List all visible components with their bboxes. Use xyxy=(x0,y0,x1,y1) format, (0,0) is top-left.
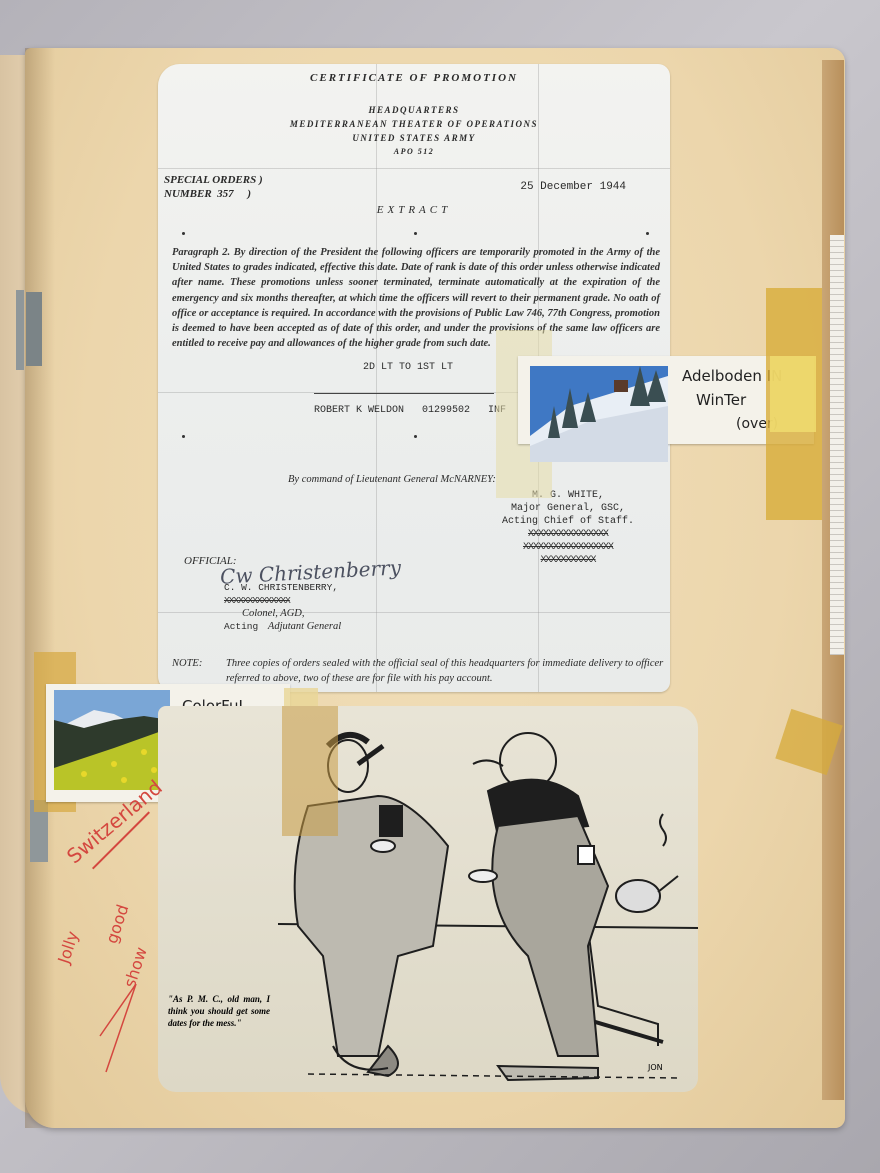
note-text: Three copies of orders sealed with the o… xyxy=(226,656,664,686)
struck-line: XXXXXXXXXXX xyxy=(488,554,648,567)
photo-winter-chalet xyxy=(530,366,668,462)
cartoon-caption: "As P. M. C., old man, I think you shoul… xyxy=(168,993,270,1029)
red-pencil-stroke xyxy=(96,976,146,1076)
official-rank: Colonel, AGD, xyxy=(242,607,341,620)
header-line: MEDITERRANEAN THEATER OF OPERATIONS xyxy=(158,119,670,129)
yellow-tape xyxy=(282,706,338,836)
struck-line: XXXXXXXXXXXXXXXXXX xyxy=(488,541,648,554)
official-block: C. W. CHRISTENBERRY, XXXXXXXXXXXXXX Colo… xyxy=(224,581,341,633)
cartoon-illustration xyxy=(158,706,698,1092)
officer-line: ROBERT K WELDON 01299502 INF xyxy=(314,405,506,416)
newspaper-cartoon: "As P. M. C., old man, I think you shoul… xyxy=(158,706,698,1092)
note-section: NOTE: Three copies of orders sealed with… xyxy=(172,656,664,686)
special-orders-label: SPECIAL ORDERS ) xyxy=(164,173,263,187)
official-name: C. W. CHRISTENBERRY, xyxy=(224,581,341,594)
struck-line: XXXXXXXXXXXXXXXX xyxy=(488,528,648,541)
official-acting: Acting xyxy=(224,621,258,632)
grade-change: 2D LT TO 1ST LT xyxy=(298,362,518,373)
header-line: APO 512 xyxy=(158,147,670,156)
book-text-strip xyxy=(830,235,844,655)
hinge-tab xyxy=(16,290,24,370)
certificate-title: CERTIFICATE OF PROMOTION xyxy=(158,72,670,84)
photo-flower-meadow xyxy=(54,690,170,790)
hinge-tab xyxy=(26,292,42,366)
struck-line: XXXXXXXXXXXXXX xyxy=(224,594,341,607)
header-line: UNITED STATES ARMY xyxy=(158,133,670,143)
signatory-rank: Major General, GSC, xyxy=(488,502,648,515)
order-date: 25 December 1944 xyxy=(520,181,626,193)
yellow-tape xyxy=(770,356,816,432)
divider xyxy=(314,393,494,394)
official-role: Adjutant General xyxy=(268,621,341,632)
artist-signature: JON xyxy=(648,1063,663,1072)
orders-number: NUMBER 357 ) xyxy=(164,187,263,201)
promotion-paragraph: Paragraph 2. By direction of the Preside… xyxy=(172,245,660,351)
page-gutter-shadow xyxy=(25,48,55,1128)
special-orders: SPECIAL ORDERS ) NUMBER 357 ) xyxy=(164,173,263,201)
signatory-role: Acting Chief of Staff. xyxy=(488,515,648,528)
command-line: By command of Lieutenant General McNARNE… xyxy=(288,474,496,485)
note-label: NOTE: xyxy=(172,656,202,671)
extract-label: EXTRACT xyxy=(158,204,670,216)
header-line: HEADQUARTERS xyxy=(158,105,670,115)
signatory-block: M. G. WHITE, Major General, GSC, Acting … xyxy=(488,489,648,567)
